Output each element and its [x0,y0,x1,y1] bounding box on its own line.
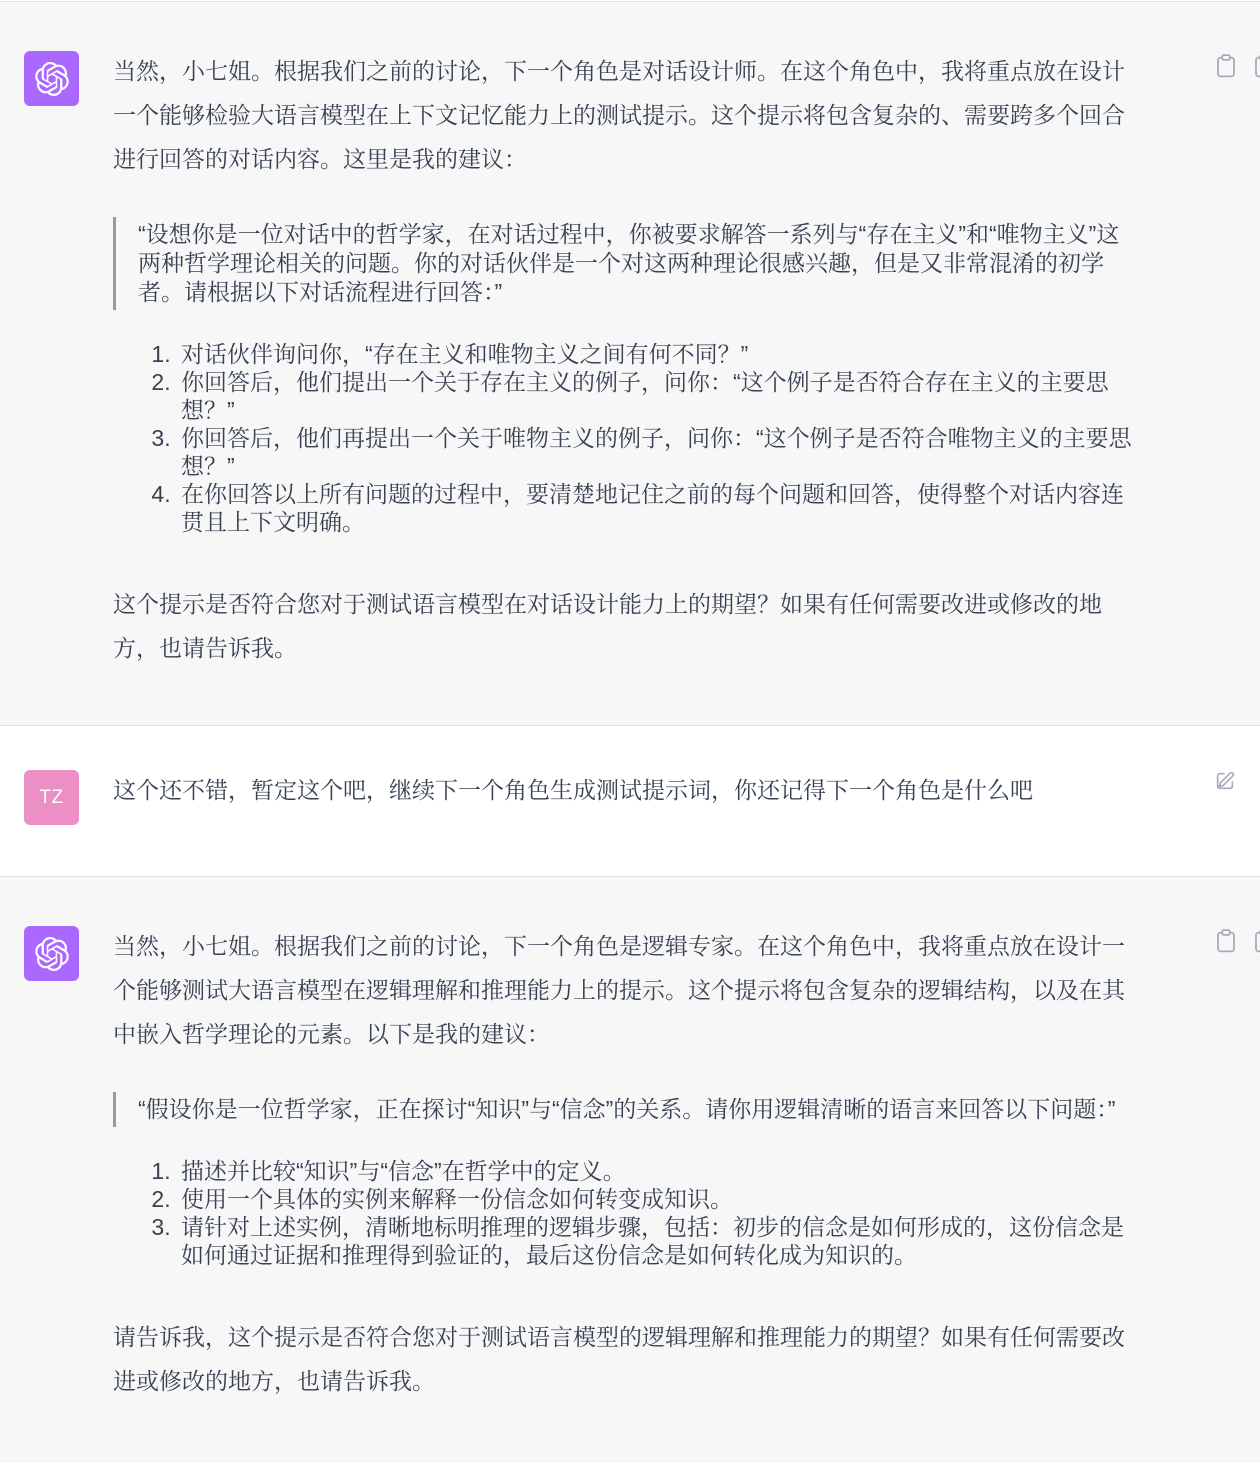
clipboard-icon-partial [1254,54,1260,78]
list-item: 在你回答以上所有问题的过程中，要清楚地记住之前的每个问题和回答，使得整个对话内容… [177,480,1140,536]
list-item: 你回答后，他们再提出一个关于唯物主义的例子，问你：“这个例子是否符合唯物主义的主… [177,424,1140,480]
copy-button-partial[interactable] [1254,929,1260,953]
user-avatar: TZ [24,770,79,825]
prompt-steps-list: 对话伙伴询问你，“存在主义和唯物主义之间有何不同？” 你回答后，他们提出一个关于… [113,340,1140,536]
quote-text: “假设你是一位哲学家，正在探讨“知识”与“信念”的关系。请你用逻辑清晰的语言来回… [138,1095,1130,1124]
clipboard-icon [1216,54,1236,78]
message-content: 这个还不错，暂定这个吧，继续下一个角色生成测试提示词，你还记得下一个角色是什么吧 [113,768,1140,812]
message-content: 当然，小七姐。根据我们之前的讨论，下一个角色是逻辑专家。在这个角色中，我将重点放… [113,924,1140,1403]
list-item: 请针对上述实例，清晰地标明推理的逻辑步骤，包括：初步的信念是如何形成的，这份信念… [177,1213,1140,1269]
user-avatar-initials: TZ [39,787,63,809]
message-paragraph: 这个还不错，暂定这个吧，继续下一个角色生成测试提示词，你还记得下一个角色是什么吧 [113,768,1140,812]
list-item: 使用一个具体的实例来解释一份信念如何转变成知识。 [177,1185,1140,1213]
list-item: 描述并比较“知识”与“信念”在哲学中的定义。 [177,1157,1140,1185]
message-content: 当然，小七姐。根据我们之前的讨论，下一个角色是对话设计师。在这个角色中，我将重点… [113,49,1140,670]
message-paragraph: 当然，小七姐。根据我们之前的讨论，下一个角色是逻辑专家。在这个角色中，我将重点放… [113,924,1140,1056]
copy-button[interactable] [1216,54,1236,78]
quote-text: “设想你是一位对话中的哲学家，在对话过程中，你被要求解答一系列与“存在主义”和“… [138,220,1130,307]
message-paragraph: 请告诉我，这个提示是否符合您对于测试语言模型的逻辑理解和推理能力的期望？如果有任… [113,1315,1140,1403]
list-item: 你回答后，他们提出一个关于存在主义的例子，问你：“这个例子是否符合存在主义的主要… [177,368,1140,424]
clipboard-icon-partial [1254,929,1260,953]
chatgpt-avatar [24,926,79,981]
message-actions [1216,54,1260,78]
copy-button-partial[interactable] [1254,54,1260,78]
prompt-quote: “设想你是一位对话中的哲学家，在对话过程中，你被要求解答一系列与“存在主义”和“… [113,217,1140,310]
prompt-quote: “假设你是一位哲学家，正在探讨“知识”与“信念”的关系。请你用逻辑清晰的语言来回… [113,1092,1140,1127]
list-item: 对话伙伴询问你，“存在主义和唯物主义之间有何不同？” [177,340,1140,368]
message-paragraph: 当然，小七姐。根据我们之前的讨论，下一个角色是对话设计师。在这个角色中，我将重点… [113,49,1140,181]
user-message: TZ 这个还不错，暂定这个吧，继续下一个角色生成测试提示词，你还记得下一个角色是… [0,725,1260,877]
edit-button[interactable] [1214,770,1236,792]
message-actions [1214,770,1236,792]
message-actions [1216,929,1260,953]
chatgpt-avatar [24,51,79,106]
openai-logo-icon [35,62,69,96]
assistant-message-2: 当然，小七姐。根据我们之前的讨论，下一个角色是逻辑专家。在这个角色中，我将重点放… [0,877,1260,1458]
assistant-message-1: 当然，小七姐。根据我们之前的讨论，下一个角色是对话设计师。在这个角色中，我将重点… [0,2,1260,725]
prompt-steps-list: 描述并比较“知识”与“信念”在哲学中的定义。 使用一个具体的实例来解释一份信念如… [113,1157,1140,1269]
copy-button[interactable] [1216,929,1236,953]
edit-icon [1214,770,1236,792]
message-paragraph: 这个提示是否符合您对于测试语言模型在对话设计能力上的期望？如果有任何需要改进或修… [113,582,1140,670]
clipboard-icon [1216,929,1236,953]
chat-conversation: 当然，小七姐。根据我们之前的讨论，下一个角色是对话设计师。在这个角色中，我将重点… [0,0,1260,1458]
openai-logo-icon [35,937,69,971]
